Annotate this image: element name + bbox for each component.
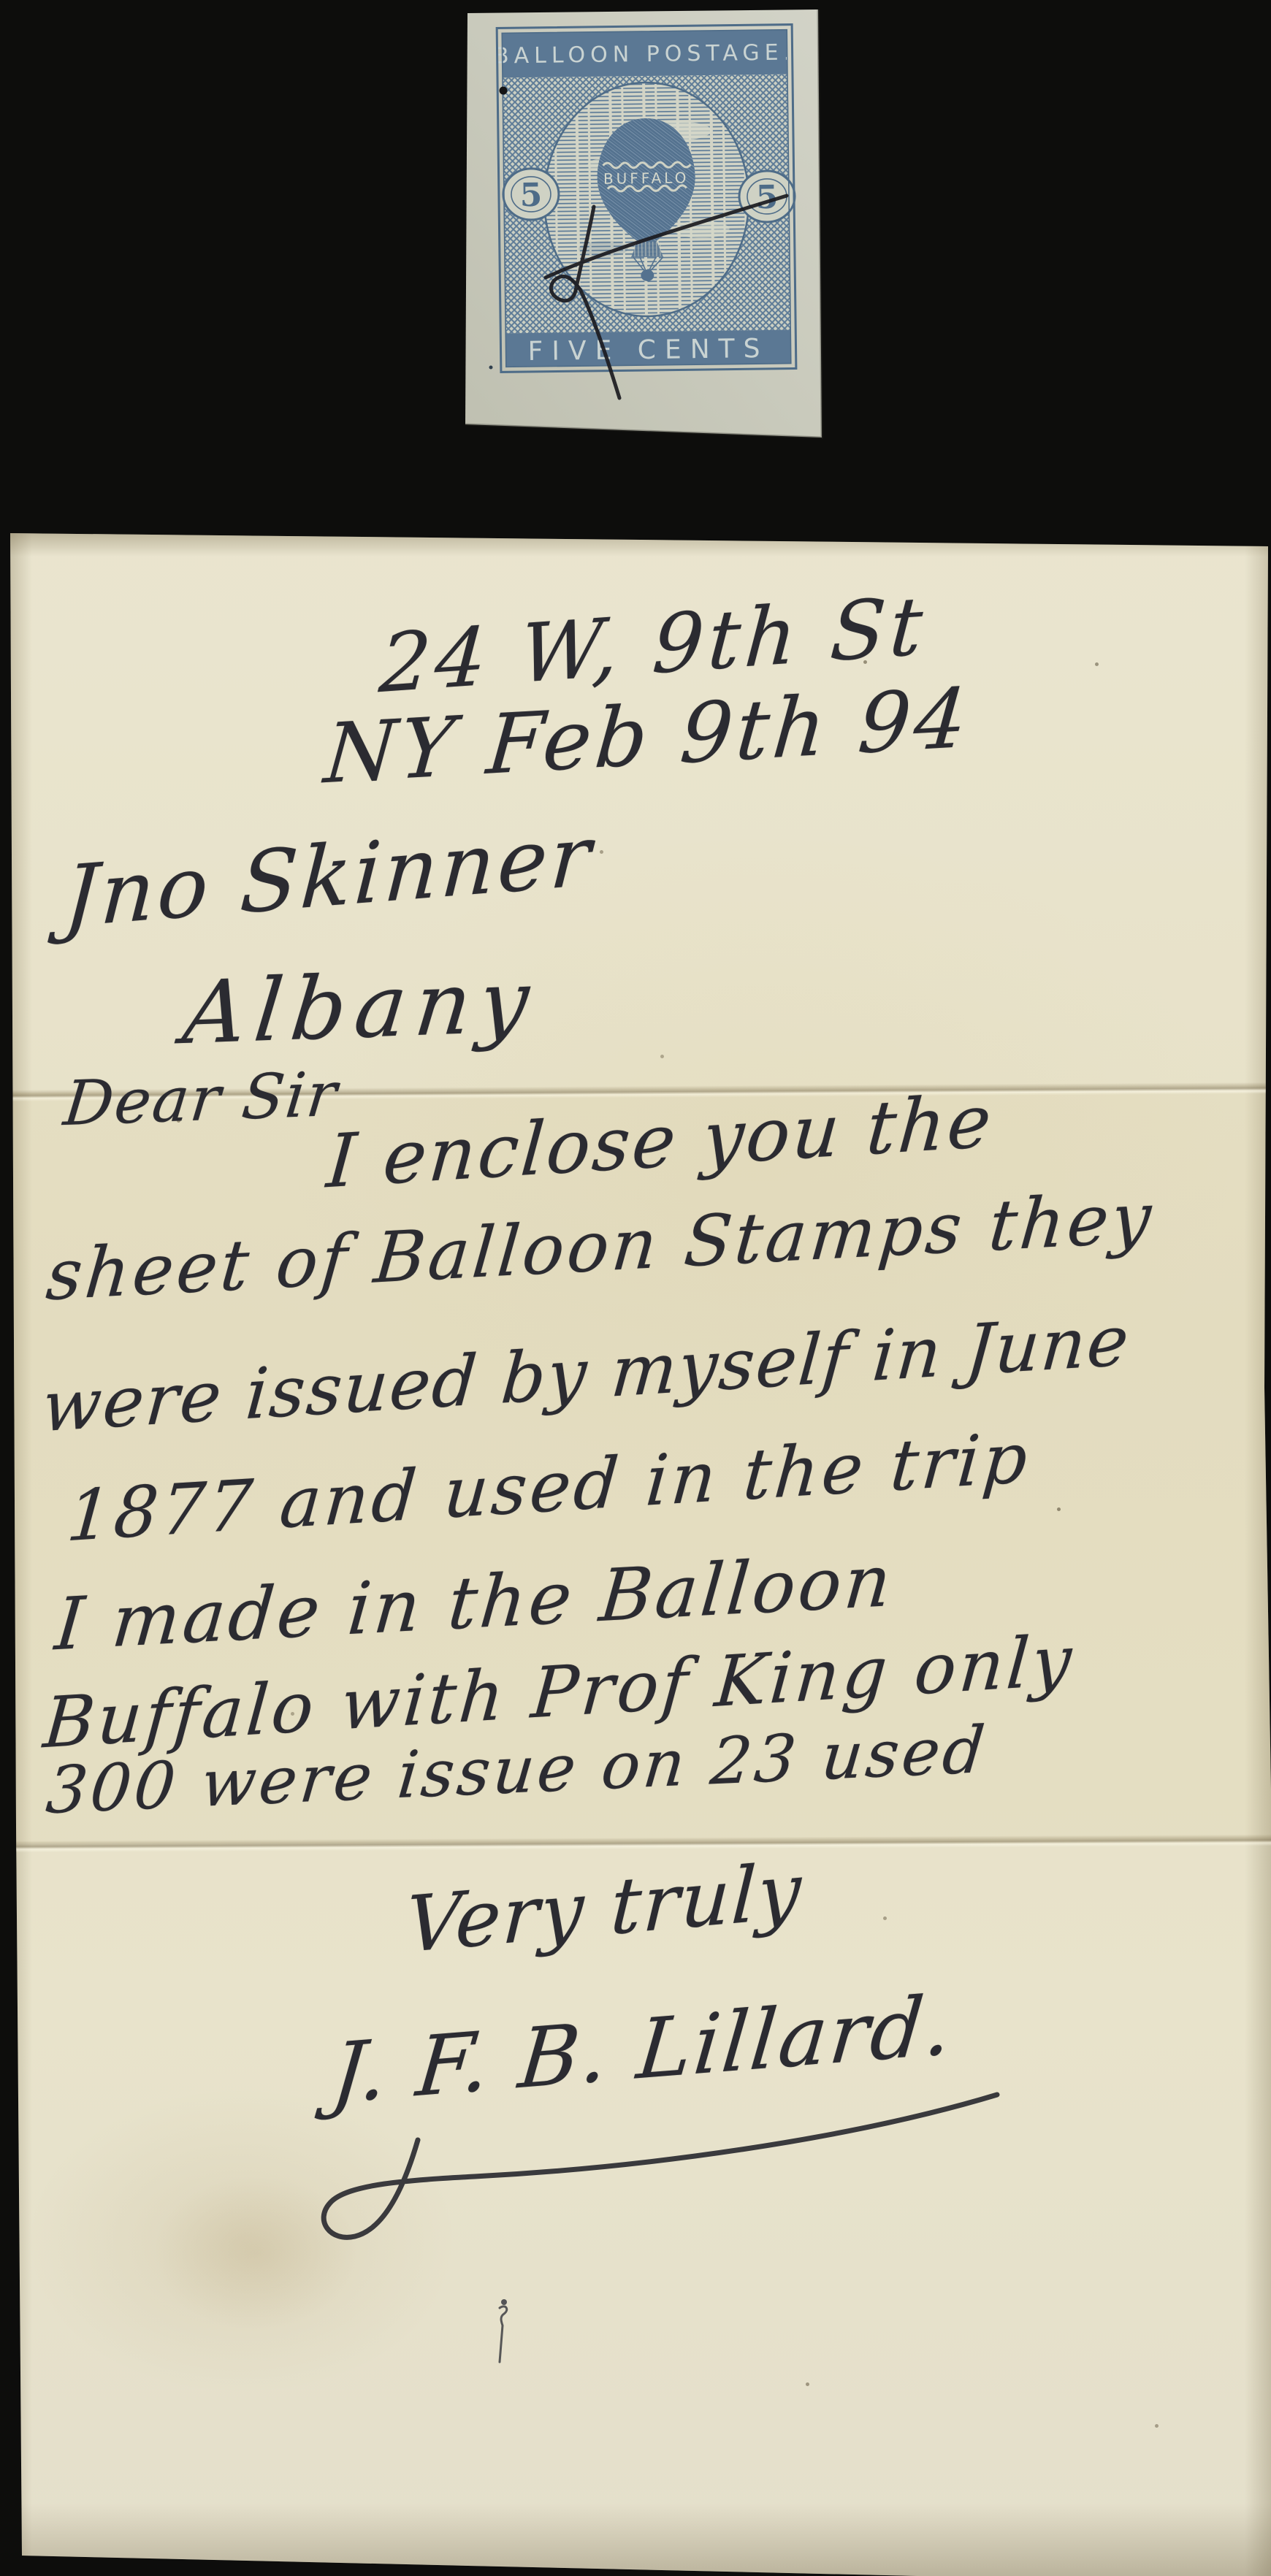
balloon-stamp: BUFFALO 5 5 BALLOON POSTAGE. FIVE C: [460, 7, 825, 446]
recipient-name: Jno Skinner: [61, 806, 596, 947]
recipient-city: Albany: [179, 950, 543, 1063]
paper-edge-shade-right: [1245, 543, 1271, 2576]
ink-squiggle: [489, 2293, 533, 2374]
paper-edge-shade-top: [0, 530, 1271, 557]
stamp-design: BUFFALO 5 5 BALLOON POSTAGE. FIVE C: [494, 24, 800, 372]
signature-flourish: [292, 2073, 1023, 2263]
dust-specks: [0, 0, 2, 2]
balloon-name-label: BUFFALO: [603, 169, 690, 187]
ink-spot: [500, 87, 508, 95]
photo-canvas: BUFFALO 5 5 BALLOON POSTAGE. FIVE C: [0, 0, 1271, 2576]
denomination-medallion-left: 5: [503, 168, 560, 220]
stamp-footer-label: FIVE CENTS: [527, 334, 768, 367]
paper-edge-shade-bottom: [0, 2504, 1271, 2576]
salutation: Dear Sir: [61, 1058, 342, 1139]
stamp-header-label: BALLOON POSTAGE.: [494, 39, 796, 69]
svg-text:5: 5: [519, 177, 542, 214]
paper-edge-shade-left: [6, 530, 32, 2576]
closing: Very truly: [404, 1846, 805, 1970]
